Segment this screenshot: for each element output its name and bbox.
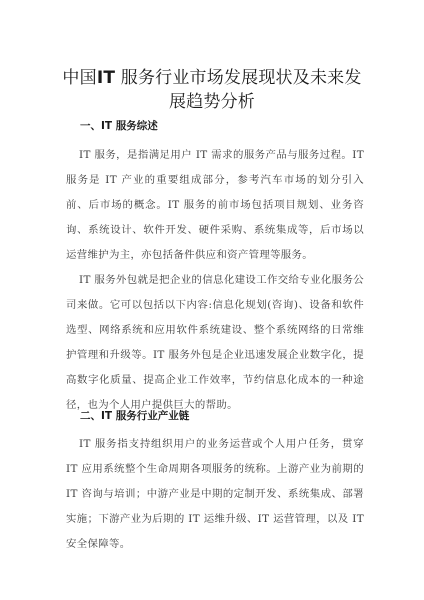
title-prefix: 中国 [62, 68, 96, 88]
section-heading-industry-chain: 二、IT 服务行业产业链 [80, 408, 189, 423]
paragraph-it-service-definition: IT 服务，是指满足用户 IT 需求的服务产品与服务过程。IT 服务是 IT 产… [66, 143, 364, 268]
title-bold-it: IT [97, 68, 115, 88]
document-title: 中国IT 服务行业市场发展现状及未来发展趋势分析 [60, 66, 364, 114]
document-page: 中国IT 服务行业市场发展现状及未来发展趋势分析 一、IT 服务综述 IT 服务… [0, 0, 424, 600]
paragraph-it-outsourcing: IT 服务外包就是把企业的信息化建设工作交给专业化服务公司来做。它可以包括以下内… [66, 268, 364, 418]
section-heading-overview: 一、IT 服务综述 [80, 118, 158, 133]
paragraph-industry-chain: IT 服务指支持组织用户的业务运营或个人用户任务，贯穿 IT 应用系统整个生命周… [66, 432, 364, 557]
title-suffix: 服务行业市场发展现状及未来发展趋势分析 [115, 68, 361, 112]
